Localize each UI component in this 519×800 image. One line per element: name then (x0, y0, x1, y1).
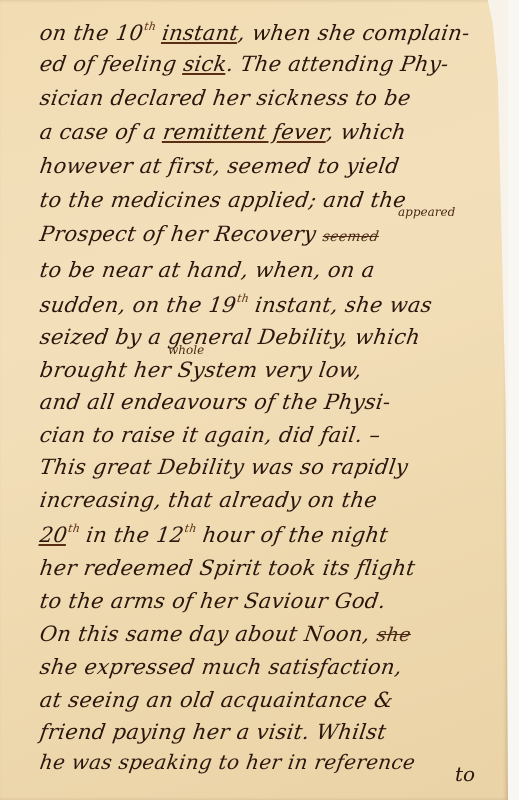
line-text: ed of feeling (38, 52, 185, 76)
text-line-18: to the arms of her Saviour God. (38, 589, 387, 613)
line-text: a case of a (38, 120, 165, 144)
line-text: she expressed much satisfaction, (38, 655, 403, 679)
underlined-word: remittent fever (162, 120, 329, 144)
underlined-word: instant (161, 21, 240, 45)
line-text: to the arms of her Saviour God. (38, 589, 387, 613)
text-line-21: at seeing an old acquaintance & (38, 688, 395, 712)
text-line-7: Prospect of her Recovery seemed (38, 222, 381, 246)
underlined-word: sick (182, 52, 229, 76)
line-text: System very low, (176, 358, 363, 382)
line-text: , when she complain- (237, 21, 472, 45)
line-text: hour of the night (194, 523, 390, 547)
text-line-20: she expressed much satisfaction, (38, 655, 403, 679)
line-text: instant, she was (247, 293, 434, 317)
line-text: her redeemed Spirit took its flight (38, 556, 417, 580)
text-line-1: on the 10th instant, when she complain- (38, 20, 471, 45)
text-line-12: and all endeavours of the Physi- (38, 390, 392, 414)
line-text: increasing, that already on the (38, 488, 379, 512)
text-line-6: to the medicines applied; and the (38, 188, 407, 212)
line-text: he was speaking to her in reference (38, 750, 417, 774)
text-line-11: brought her System very low, (38, 358, 363, 382)
text-line-22: friend paying her a visit. Whilst (38, 720, 388, 744)
line-text: to be near at hand, when, on a (38, 258, 376, 282)
line-text: brought her (38, 358, 179, 382)
catchword: to (455, 762, 475, 786)
text-line-19: On this same day about Noon, she (38, 622, 412, 646)
inserted-word-whole: whole (168, 343, 204, 357)
line-text: This great Debility was so rapidly (38, 455, 409, 479)
text-line-10: seized by a general Debility, which (38, 325, 422, 349)
line-text: On this same day about Noon, (38, 622, 378, 646)
line-text: sudden, on the 19 (38, 293, 238, 317)
text-line-8: to be near at hand, when, on a (38, 258, 376, 282)
underlined-number: 20 (38, 523, 69, 547)
text-line-2: ed of feeling sick. The attending Phy- (38, 52, 450, 76)
line-text: on the 10 (38, 21, 145, 45)
inserted-word-appeared: appeared (398, 205, 455, 219)
text-line-15: increasing, that already on the (38, 488, 379, 512)
text-line-17: her redeemed Spirit took its flight (38, 556, 417, 580)
line-text: Prospect of her Recovery (38, 222, 324, 246)
text-line-4: a case of a remittent fever, which (38, 120, 407, 144)
line-text: to the medicines applied; and the (38, 188, 407, 212)
page-edge-background (508, 0, 519, 800)
line-text: however at first, seemed to yield (38, 154, 401, 178)
text-line-5: however at first, seemed to yield (38, 154, 401, 178)
line-text: , which (325, 120, 407, 144)
struck-word: she (375, 624, 412, 646)
text-line-9: sudden, on the 19th instant, she was (38, 292, 434, 317)
line-text: in the 12 (78, 523, 186, 547)
line-text: friend paying her a visit. Whilst (38, 720, 388, 744)
line-text: seized by a general Debility, which (38, 325, 422, 349)
line-text: at seeing an old acquaintance & (38, 688, 395, 712)
text-line-16: 20th in the 12th hour of the night (38, 522, 390, 547)
text-line-3: sician declared her sickness to be (38, 86, 412, 110)
text-line-14: This great Debility was so rapidly (38, 455, 409, 479)
struck-word: seemed (322, 229, 380, 245)
line-text: and all endeavours of the Physi- (38, 390, 392, 414)
line-text: cian to raise it again, did fail. – (38, 423, 382, 447)
line-text: sician declared her sickness to be (38, 86, 412, 110)
text-line-23: he was speaking to her in reference (38, 750, 417, 774)
line-text: . The attending Phy- (225, 52, 450, 76)
text-line-13: cian to raise it again, did fail. – (38, 423, 382, 447)
